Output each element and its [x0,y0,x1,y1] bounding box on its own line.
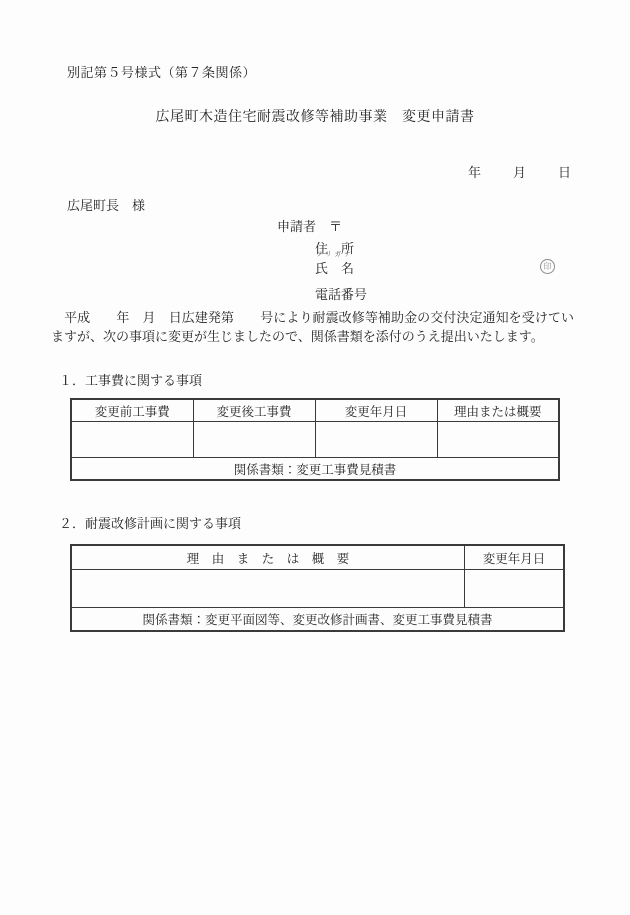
construction-cost-table: 変更前工事費 変更後工事費 変更年月日 理由または概要 関係書類：変更工事費見積… [70,398,560,481]
table-header-row: 変更前工事費 変更後工事費 変更年月日 理由または概要 [71,399,559,422]
header-reason-or-summary: 理 由 ま た は 概 要 [71,545,465,570]
name-label: 氏 名 [315,258,354,277]
cell-change-date [315,422,437,458]
body-paragraph: 平成 年 月 日広建発第 号により耐震改修等補助金の交付決定通知を受けていますが… [51,310,574,347]
cell-reason-or-summary [71,570,465,608]
header-change-date: 変更年月日 [315,399,437,422]
table-header-row: 理 由 ま た は 概 要 変更年月日 [71,545,564,570]
form-number: 別記第５号様式（第７条関係） [67,62,256,81]
date-line: 年 月 日 [468,162,573,181]
cell-cost-after [193,422,315,458]
cell-reason [437,422,559,458]
related-documents-note: 関係書類：変更工事費見積書 [71,458,559,481]
applicant-postal-label: 申請者 〒 [277,216,342,235]
header-reason: 理由または概要 [437,399,559,422]
table-row [71,422,559,458]
section1-heading: １．工事費に関する事項 [59,370,202,389]
table-row [71,570,564,608]
header-change-date: 変更年月日 [465,545,565,570]
table-footer-row: 関係書類：変更工事費見積書 [71,458,559,481]
header-cost-after: 変更後工事費 [193,399,315,422]
retrofit-plan-table: 理 由 ま た は 概 要 変更年月日 関係書類：変更平面図等、変更改修計画書、… [70,544,565,632]
seal-mark-icon: 印 [540,259,555,274]
form-page: 別記第５号様式（第７条関係） 広尾町木造住宅耐震改修等補助事業 変更申請書 年 … [0,0,630,915]
page-title: 広尾町木造住宅耐震改修等補助事業 変更申請書 [0,106,630,126]
table-footer-row: 関係書類：変更平面図等、変更改修計画書、変更工事費見積書 [71,608,564,632]
cell-change-date [465,570,565,608]
header-cost-before: 変更前工事費 [71,399,193,422]
phone-label: 電話番号 [315,284,367,303]
related-documents-note: 関係書類：変更平面図等、変更改修計画書、変更工事費見積書 [71,608,564,632]
name-furigana-label: フリガナ [316,249,354,258]
cell-cost-before [71,422,193,458]
addressee-label: 広尾町長 様 [67,195,145,214]
section2-heading: ２．耐震改修計画に関する事項 [59,513,241,532]
